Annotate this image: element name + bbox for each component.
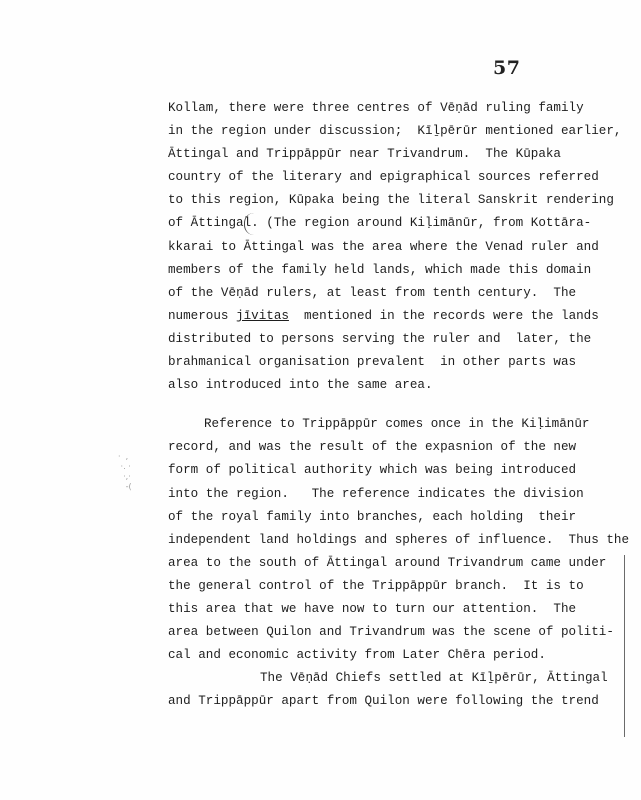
- text-line: brahmanical organisation prevalent in ot…: [168, 351, 608, 374]
- paragraph-1: Kollam, there were three centres of Vēṇā…: [168, 97, 608, 397]
- text-line-indented: Reference to Trippāppūr comes once in th…: [168, 413, 608, 436]
- text-line: kkarai to Āttingal was the area where th…: [168, 236, 608, 259]
- paragraph-2: Reference to Trippāppūr comes once in th…: [168, 413, 608, 667]
- paragraph-3: The Vēṇād Chiefs settled at Kīḻpērūr, Āt…: [168, 667, 608, 713]
- body-text: Kollam, there were three centres of Vēṇā…: [168, 97, 608, 713]
- text-line: Kollam, there were three centres of Vēṇā…: [168, 97, 608, 120]
- text-line: area to the south of Āttingal around Tri…: [168, 552, 608, 575]
- text-line: numerous jīvitas mentioned in the record…: [168, 305, 608, 328]
- text-line: the general control of the Trippāppūr br…: [168, 575, 608, 598]
- margin-marks: · , ·. · ·,· -(: [118, 452, 158, 502]
- text-line: to this region, Kūpaka being the literal…: [168, 189, 608, 212]
- text-line: independent land holdings and spheres of…: [168, 529, 608, 552]
- text-line: area between Quilon and Trivandrum was t…: [168, 621, 608, 644]
- text-line: also introduced into the same area.: [168, 374, 608, 397]
- margin-vertical-rule: [624, 555, 625, 737]
- text-line: in the region under discussion; Kīḻpērūr…: [168, 120, 608, 143]
- text-line: Āttingal and Trippāppūr near Trivandrum.…: [168, 143, 608, 166]
- text-segment: numerous: [168, 309, 236, 323]
- text-line: this area that we have now to turn our a…: [168, 598, 608, 621]
- text-line: record, and was the result of the expasn…: [168, 436, 608, 459]
- text-line: distributed to persons serving the ruler…: [168, 328, 608, 351]
- text-line: members of the family held lands, which …: [168, 259, 608, 282]
- text-line: country of the literary and epigraphical…: [168, 166, 608, 189]
- text-line: of the Vēṇād rulers, at least from tenth…: [168, 282, 608, 305]
- page-number: 57: [493, 57, 520, 79]
- document-page: 57 · , ·. · ·,· -( Kollam, there were th…: [0, 0, 641, 800]
- text-line: form of political authority which was be…: [168, 459, 608, 482]
- text-line: and Trippāppūr apart from Quilon were fo…: [168, 690, 608, 713]
- underlined-term-jivitas: jīvitas: [236, 309, 289, 323]
- text-line: cal and economic activity from Later Chē…: [168, 644, 608, 667]
- text-segment: mentioned in the records were the lands: [289, 309, 599, 323]
- paragraph-gap: [168, 397, 608, 413]
- text-line-indented: The Vēṇād Chiefs settled at Kīḻpērūr, Āt…: [168, 667, 608, 690]
- text-line: of Āttingal. (The region around Kiḷimānū…: [168, 212, 608, 235]
- text-line: into the region. The reference indicates…: [168, 483, 608, 506]
- text-line: of the royal family into branches, each …: [168, 506, 608, 529]
